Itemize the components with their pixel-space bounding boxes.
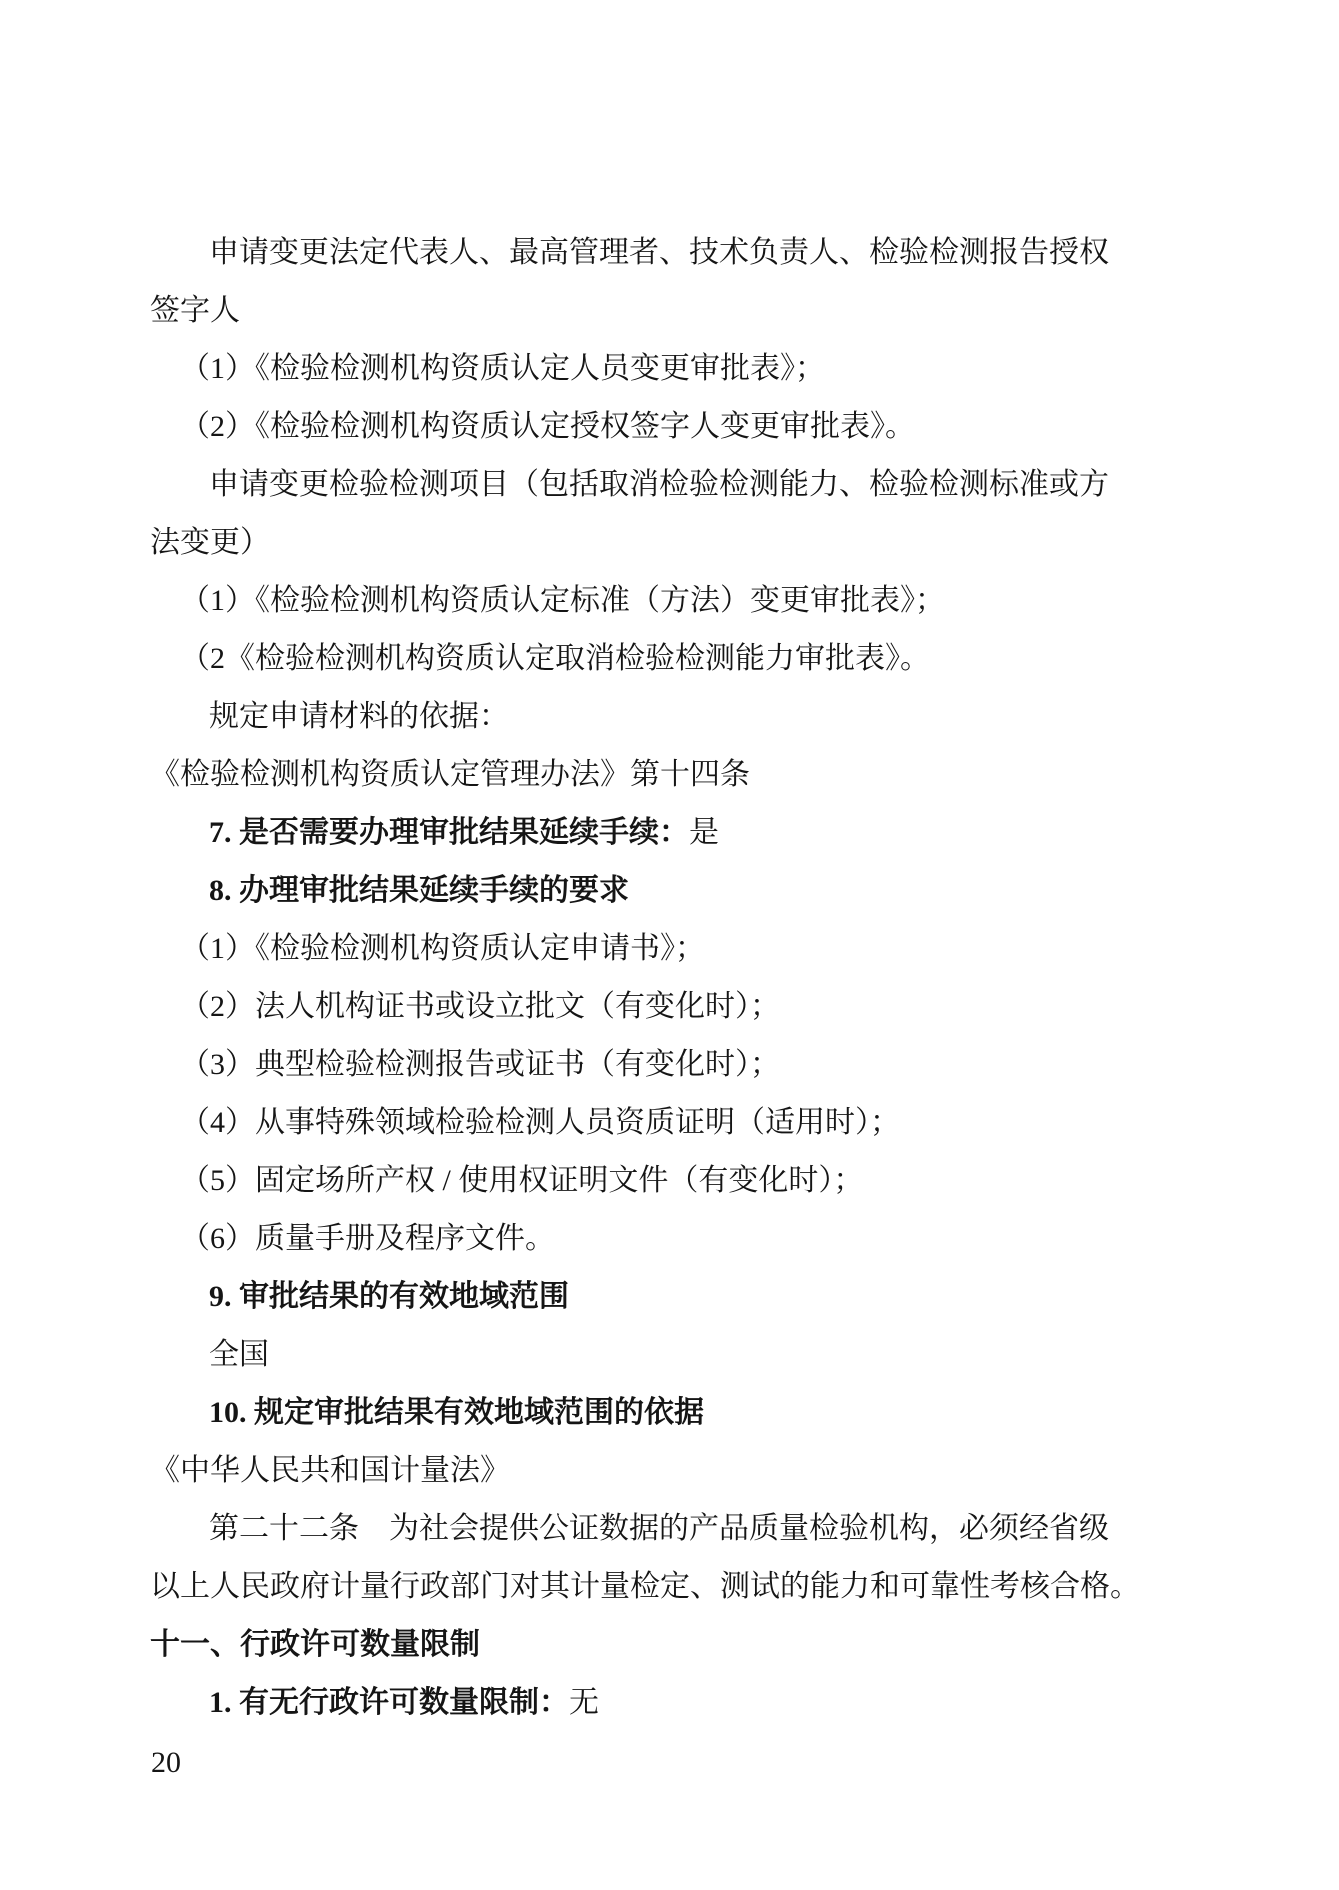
body-text-run: （2）《检验检测机构资质认定授权签字人变更审批表》。 <box>180 410 915 443</box>
text-line: 规定申请材料的依据： <box>150 688 1220 746</box>
text-line: 十一、行政许可数量限制 <box>150 1616 1220 1674</box>
text-line: （1）《检验检测机构资质认定申请书》； <box>150 920 1220 978</box>
body-text-run: 第二十二条 为社会提供公证数据的产品质量检验机构，必须经省级 <box>209 1512 1109 1545</box>
text-line: （1）《检验检测机构资质认定标准（方法）变更审批表》； <box>150 572 1220 630</box>
text-line: （2）《检验检测机构资质认定授权签字人变更审批表》。 <box>150 398 1220 456</box>
body-text-run: （4）从事特殊领域检验检测人员资质证明（适用时）； <box>180 1106 900 1139</box>
body-text-run: 规定申请材料的依据： <box>209 700 509 733</box>
text-line: 申请变更法定代表人、最高管理者、技术负责人、检验检测报告授权 <box>150 224 1220 282</box>
body-text-run: （1）《检验检测机构资质认定标准（方法）变更审批表》； <box>180 584 945 617</box>
heading-number-run: 10. <box>209 1396 254 1429</box>
page-number: 20 <box>151 1746 181 1780</box>
body-text-run: （3）典型检验检测报告或证书（有变化时）； <box>180 1048 780 1081</box>
text-line: （6）质量手册及程序文件。 <box>150 1210 1220 1268</box>
text-line: （2）法人机构证书或设立批文（有变化时）； <box>150 978 1220 1036</box>
text-line: 第二十二条 为社会提供公证数据的产品质量检验机构，必须经省级 <box>150 1500 1220 1558</box>
text-line: 签字人 <box>150 282 1220 340</box>
body-text-run: （5）固定场所产权 / 使用权证明文件（有变化时）； <box>180 1164 863 1197</box>
text-line: 1. 有无行政许可数量限制：无 <box>150 1674 1220 1732</box>
text-line: 法变更） <box>150 514 1220 572</box>
body-text-run: （6）质量手册及程序文件。 <box>180 1222 555 1255</box>
text-line: 申请变更检验检测项目（包括取消检验检测能力、检验检测标准或方 <box>150 456 1220 514</box>
text-line: （5）固定场所产权 / 使用权证明文件（有变化时）； <box>150 1152 1220 1210</box>
text-line: （2《检验检测机构资质认定取消检验检测能力审批表》。 <box>150 630 1220 688</box>
text-line: 7. 是否需要办理审批结果延续手续：是 <box>150 804 1220 862</box>
body-text-run: （1）《检验检测机构资质认定申请书》； <box>180 932 705 965</box>
body-text-run: 申请变更检验检测项目（包括取消检验检测能力、检验检测标准或方 <box>209 468 1109 501</box>
heading-number-run: 9. <box>209 1280 239 1313</box>
text-line: 《中华人民共和国计量法》 <box>150 1442 1220 1500</box>
text-line: 以上人民政府计量行政部门对其计量检定、测试的能力和可靠性考核合格。 <box>150 1558 1220 1616</box>
body-text-run: 签字人 <box>150 294 240 327</box>
body-text-run: 《检验检测机构资质认定管理办法》第十四条 <box>150 758 750 791</box>
body-text-run: 全国 <box>209 1338 269 1371</box>
body-text-run: （2《检验检测机构资质认定取消检验检测能力审批表》。 <box>180 642 930 675</box>
text-line: （1）《检验检测机构资质认定人员变更审批表》； <box>150 340 1220 398</box>
heading-number-run: 7. <box>209 816 239 849</box>
text-line: （3）典型检验检测报告或证书（有变化时）； <box>150 1036 1220 1094</box>
body-text-run: 以上人民政府计量行政部门对其计量检定、测试的能力和可靠性考核合格。 <box>150 1570 1140 1603</box>
document-page: 申请变更法定代表人、最高管理者、技术负责人、检验检测报告授权签字人（1）《检验检… <box>0 0 1339 1890</box>
document-body: 申请变更法定代表人、最高管理者、技术负责人、检验检测报告授权签字人（1）《检验检… <box>150 224 1220 1732</box>
body-text-run: （2）法人机构证书或设立批文（有变化时）； <box>180 990 780 1023</box>
text-line: 10. 规定审批结果有效地域范围的依据 <box>150 1384 1220 1442</box>
text-line: 《检验检测机构资质认定管理办法》第十四条 <box>150 746 1220 804</box>
heading-run: 规定审批结果有效地域范围的依据 <box>254 1396 704 1429</box>
heading-run: 审批结果的有效地域范围 <box>239 1280 569 1313</box>
body-text-run: 申请变更法定代表人、最高管理者、技术负责人、检验检测报告授权 <box>209 236 1109 269</box>
text-line: （4）从事特殊领域检验检测人员资质证明（适用时）； <box>150 1094 1220 1152</box>
heading-run: 有无行政许可数量限制： <box>239 1686 569 1719</box>
body-text-run: 法变更） <box>150 526 270 559</box>
heading-run: 是否需要办理审批结果延续手续： <box>239 816 689 849</box>
body-text-run: 是 <box>689 816 719 849</box>
heading-number-run: 1. <box>209 1686 239 1719</box>
text-line: 8. 办理审批结果延续手续的要求 <box>150 862 1220 920</box>
heading-run: 十一、行政许可数量限制 <box>150 1628 480 1661</box>
heading-run: 办理审批结果延续手续的要求 <box>239 874 629 907</box>
body-text-run: 《中华人民共和国计量法》 <box>150 1454 510 1487</box>
body-text-run: （1）《检验检测机构资质认定人员变更审批表》； <box>180 352 825 385</box>
body-text-run: 无 <box>569 1686 599 1719</box>
text-line: 全国 <box>150 1326 1220 1384</box>
heading-number-run: 8. <box>209 874 239 907</box>
text-line: 9. 审批结果的有效地域范围 <box>150 1268 1220 1326</box>
